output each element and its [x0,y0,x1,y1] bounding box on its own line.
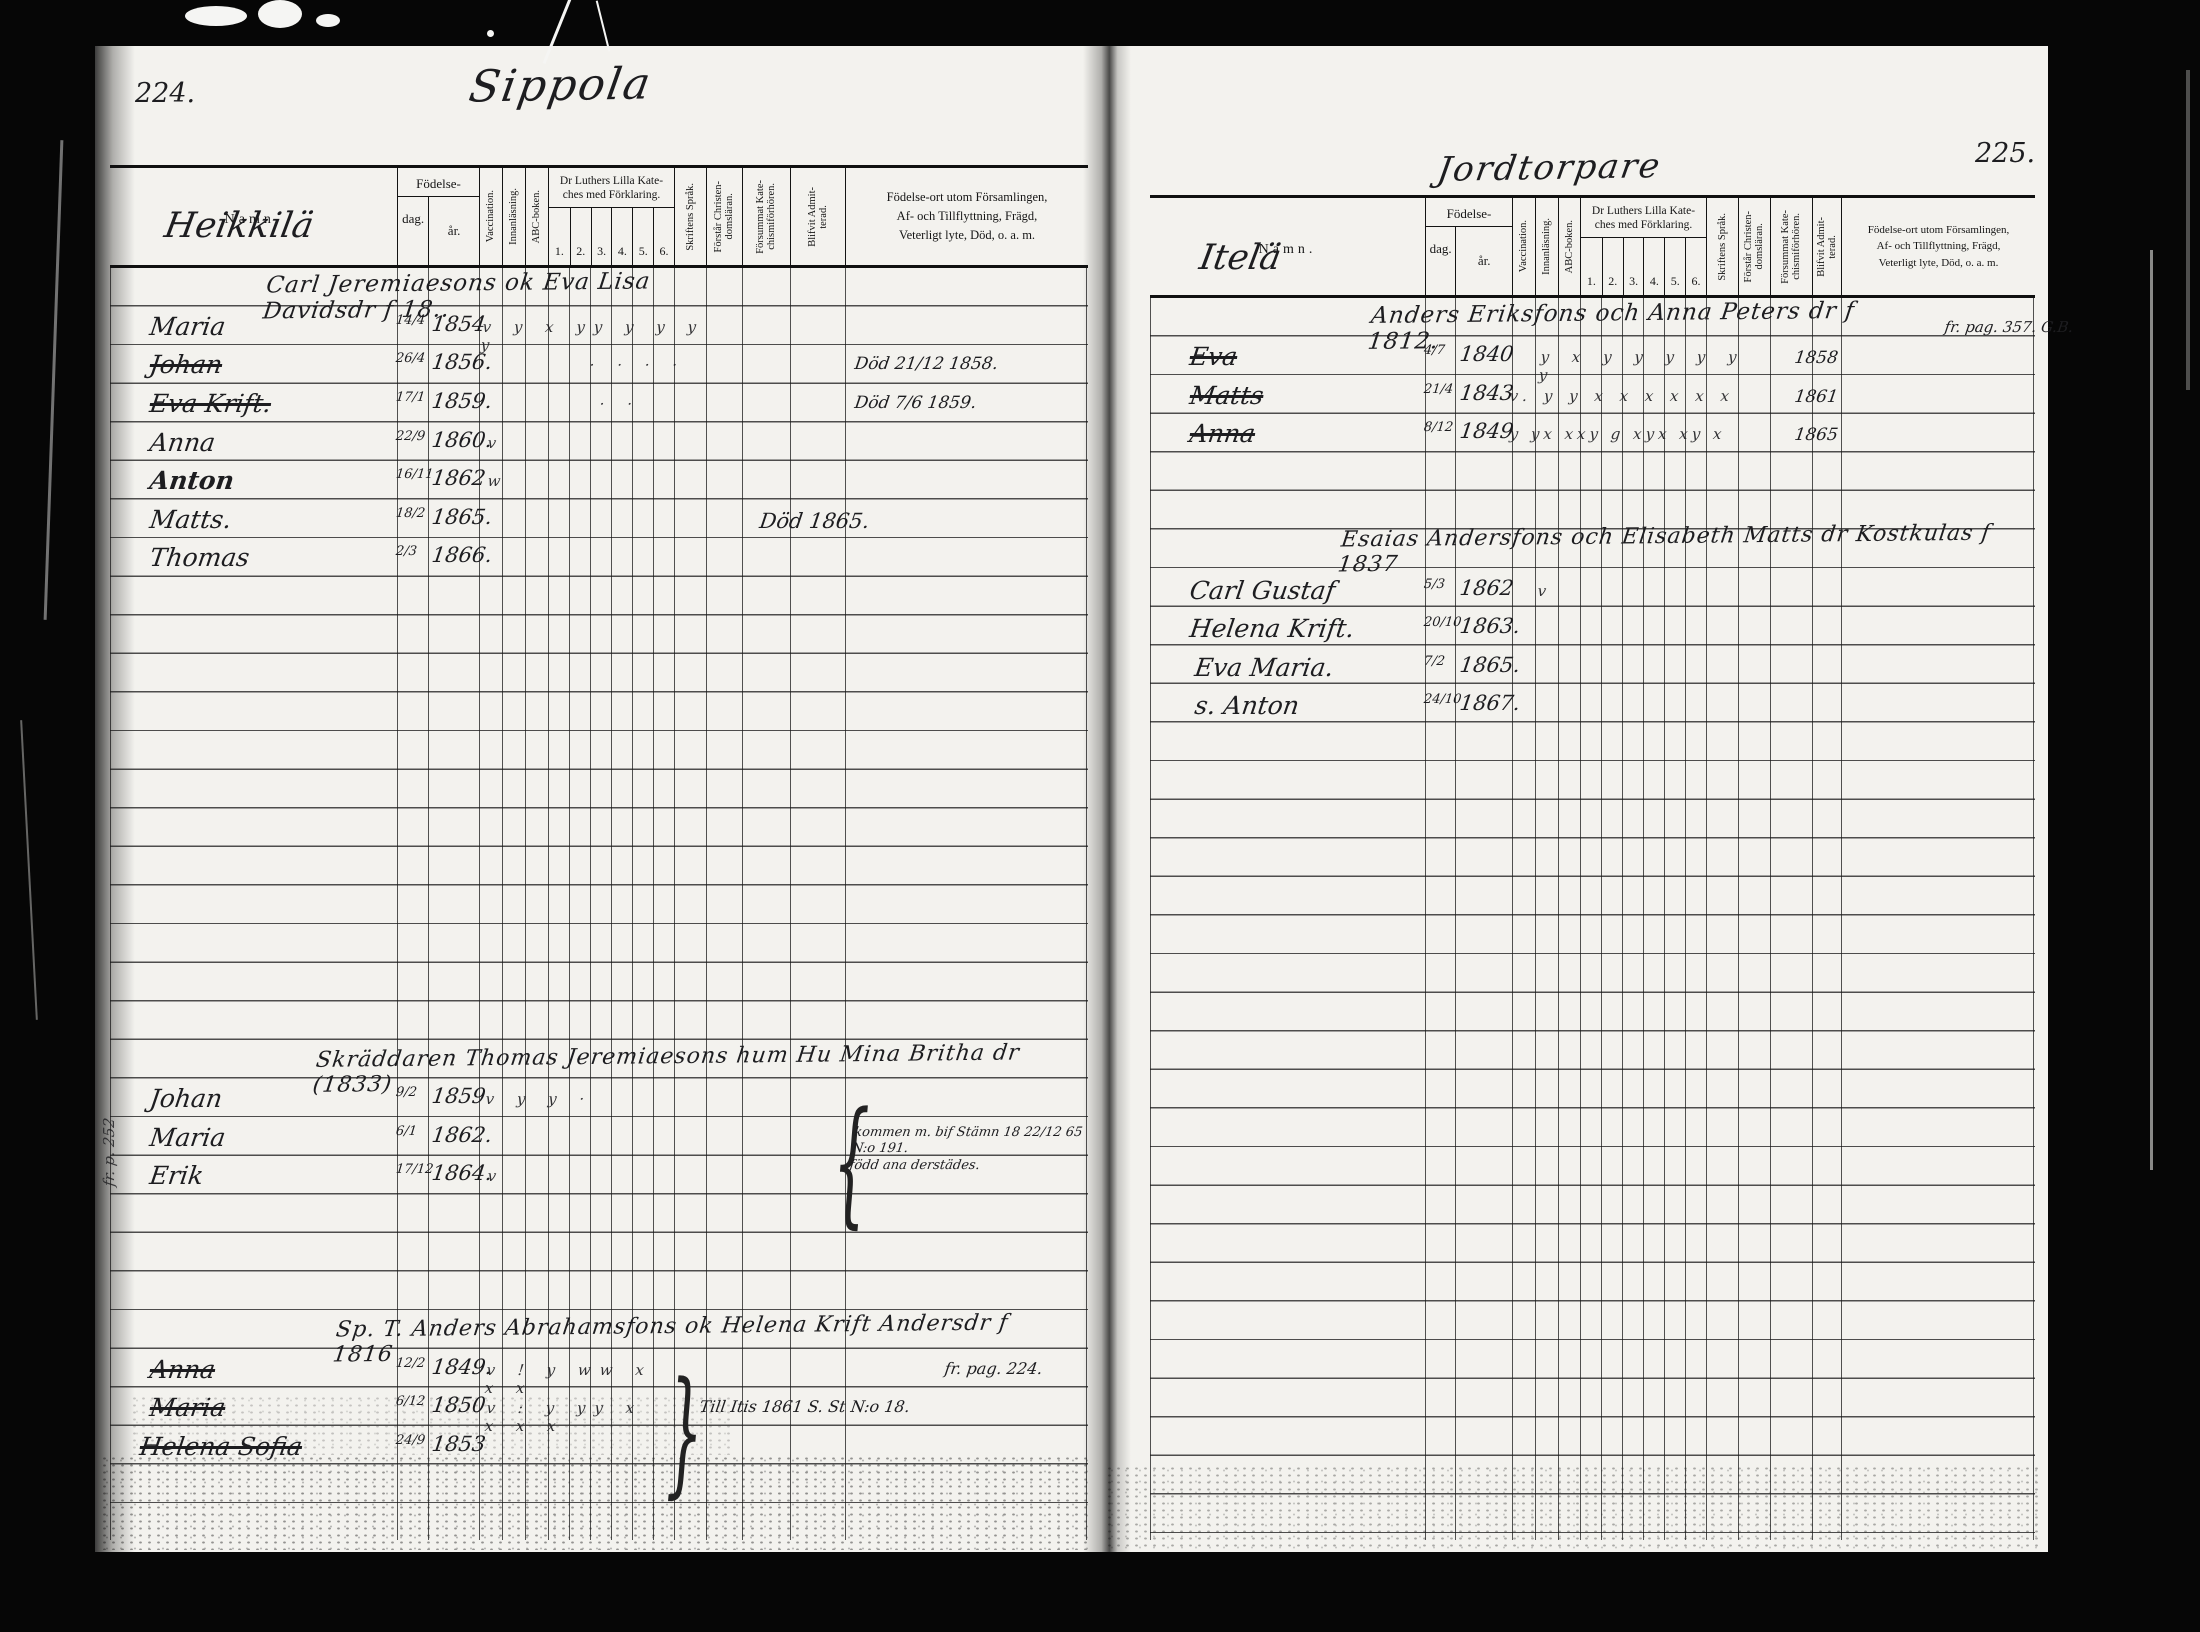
member-marks: w [487,466,590,490]
fodelse-header: Födelse- [398,168,479,197]
kate-col-4: 4. [611,208,632,265]
member-birth-day: 24/9 [395,1432,431,1448]
fodelseort-line2: Af- och Tillflyttning, Frägd, [897,207,1038,226]
member-marks: v y y · [485,1084,668,1108]
table-row: Erik 17/12 1864. v [0,1161,2200,1197]
member-marks: v ! y ww x x x [484,1355,668,1397]
member-admitted-year: 1858 [1793,342,1867,368]
member-birth-day: 8/12 [1423,419,1459,435]
fodelseort-line1: Födelse-ort utom Församlingen, [1868,222,2009,239]
kate-col-5: 5. [1664,238,1685,295]
page-number-right: 225. [1975,138,2035,169]
member-birth-day: 5/3 [1423,576,1459,592]
kate-col-1: 1. [549,244,570,265]
kateches-line2: ches med Förklaring. [549,188,674,202]
member-name: Maria [148,1393,402,1422]
member-marks: v [1537,576,1600,600]
scan-artifact [258,0,302,28]
member-note: Till Itis 1861 S. St N:o 18. [698,1393,971,1416]
member-birth-day: 20/10 [1423,614,1459,630]
member-birth-year: 1849. [430,1355,493,1379]
member-name: Anna [1188,419,1432,448]
blifvit-header: Blifvit Admit- terad. [1816,217,1838,277]
member-admitted-year: 1865 [1793,419,1867,445]
member-marks: y x y y y y y y [1538,342,1752,384]
member-birth-day: 9/2 [395,1084,431,1100]
member-birth-year: 1863. [1458,614,1521,638]
member-birth-year: 1850 [430,1393,493,1417]
kate-col-5: 5. [632,208,653,265]
innanlasning-header: Innanläsning. [508,188,519,245]
member-birth-day: 7/2 [1423,653,1459,669]
ar-header: år. [1456,253,1512,269]
table-row: Anna 12/2 1849. v ! y ww x x x fr. pag. … [0,1355,2200,1391]
kate-col-2: 2. [1602,238,1623,295]
member-birth-year: 1853 [430,1432,493,1456]
member-name: s. Anton [1193,691,1437,720]
vaccination-header: Vaccination. [1518,220,1529,272]
member-birth-year: 1864. [430,1161,493,1185]
table-row: Anna 8/12 1849 y yx xxy g xyx xy x 1865 [0,419,2200,455]
member-birth-day: 17/12 [395,1161,431,1177]
family-header: Esaias Andersfons och Elisabeth Matts dr… [1336,521,2003,578]
member-name: Thomas [148,543,402,572]
kateches-columns: 1. 2. 3. 4. 5. 6. [549,207,674,265]
kateches-header: Dr Luthers Lilla Kate- ches med Förklari… [549,168,674,203]
forsummat-header: Försummat Kate- chismiförhören. [755,180,777,254]
blifvit-header: Blifvit Admit- terad. [807,187,829,247]
kate-col-6: 6. [1685,238,1706,295]
scan-scratch [20,720,38,1020]
member-birth-day: 2/3 [395,543,431,559]
member-name: Anna [148,1355,402,1384]
member-name: Carl Gustaf [1188,576,1432,605]
member-birth-day: 18/2 [395,505,431,521]
member-birth-day: 6/12 [395,1393,431,1409]
page-title-right: Jordtorpare [1434,146,1664,190]
kate-col-6: 6. [653,208,674,265]
member-name: Maria [148,312,402,341]
member-note: Död 1865. [758,505,962,533]
member-birth-year: 1867. [1458,691,1521,715]
dag-header: dag. [398,197,429,265]
table-row: Carl Gustaf 5/3 1862 v [0,576,2200,612]
member-birth-day: 16/11 [395,466,431,482]
member-birth-year: 1865. [1458,653,1521,677]
member-name: Anton [148,466,402,495]
forsummat-header: Försummat Kate- chismiförhören. [1780,210,1802,284]
innanlasning-header: Innanläsning. [1541,218,1552,275]
table-row: Johan 9/2 1859 v y y · [0,1084,2200,1120]
kateches-line1: Dr Luthers Lilla Kate- [549,174,674,188]
table-row: Anton 16/11 1862 w [0,466,2200,502]
fodelseort-line1: Födelse-ort utom Församlingen, [887,188,1048,207]
member-birth-year: 1862 [430,466,493,490]
vaccination-header: Vaccination. [485,190,496,242]
scan-artifact [185,6,247,26]
member-birth-day: 6/1 [395,1123,431,1139]
kate-col-1: 1. [1581,274,1602,295]
abc-boken-header: ABC-boken. [1564,220,1575,273]
table-row: s. Anton 24/10 1867. [0,691,2200,727]
member-name: Helena Sofia [138,1432,422,1461]
table-row: Maria 6/1 1862. kommen m. bif Stämn 18 2… [0,1123,2200,1159]
member-name: Johan [148,1084,402,1113]
table-header-left: Namn. Heikkilä Födelse- dag. år. Vaccina… [110,165,1088,268]
member-name: Matts. [148,505,402,534]
member-name: Helena Krift. [1188,614,1432,643]
fodelse-header: Födelse- [1426,198,1512,227]
member-birth-year: 1866. [430,543,493,567]
member-birth-year: 1862. [430,1123,493,1147]
kateches-columns: 1. 2. 3. 4. 5. 6. [1581,237,1706,295]
member-birth-year: 1840 [1458,342,1521,366]
table-row: Eva Maria. 7/2 1865. [0,653,2200,689]
member-birth-day: 14/4 [395,312,431,328]
scanned-parish-register: 224. Sippola Jordtorpare 225. fr. p. 252… [0,0,2200,1632]
fodelseort-line3: Veterligt lyte, Död, o. a. m. [1879,255,1999,272]
member-name: Eva [1188,342,1432,371]
table-header-right: Namn. Itelä Födelse- dag. år. Vaccinatio… [1150,195,2035,298]
kateches-line1: Dr Luthers Lilla Kate- [1581,204,1706,218]
member-marks: v : y yy x x x x [484,1393,668,1435]
fodelseort-line3: Veterligt lyte, Död, o. a. m. [899,226,1035,245]
kate-col-4: 4. [1643,238,1664,295]
dag-header: dag. [1426,227,1456,295]
member-name: Matts [1188,381,1432,410]
table-row: Eva 4/7 1840 y x y y y y y y 1858 fr. pa… [0,342,2200,378]
kate-col-2: 2. [570,208,591,265]
fodelseort-line2: Af- och Tillflyttning, Frägd, [1877,238,2001,255]
member-birth-day: 24/10 [1423,691,1459,707]
member-marks: y yx xxy g xyx xy x [1509,419,1762,443]
farm-name-right: Itelä [1196,238,1284,278]
member-birth-year: 1865. [430,505,493,529]
member-admitted-year: 1861 [1793,381,1867,407]
scan-artifact [487,30,494,37]
skriftens-sprak-header: Skriftens Språk. [685,183,696,251]
kateches-header: Dr Luthers Lilla Kate- ches med Förklari… [1581,198,1706,233]
kate-col-3: 3. [591,208,612,265]
member-birth-day: 4/7 [1423,342,1459,358]
abc-boken-header: ABC-boken. [531,190,542,243]
member-note: fr. pag. 224. [943,1355,1086,1378]
table-row: Matts 21/4 1843 v. y y x x x x x x 1861 [0,381,2200,417]
member-marks: v. y y x x x x x x [1509,381,1762,405]
forstar-header: Förstår Christen- domsläran. [713,181,735,252]
kateches-line2: ches med Förklaring. [1581,218,1706,232]
table-row: Maria 6/12 1850 v : y yy x x x x Till It… [0,1393,2200,1429]
member-name: Maria [148,1123,402,1152]
scan-scratch [596,1,611,52]
scan-artifact [316,14,340,27]
page-title-left: Sippola [466,58,656,112]
member-note: fr. pag. 357. G.B. [1943,314,2116,336]
table-row: Helena Krift. 20/10 1863. [0,614,2200,650]
farm-name-left: Heikkilä [161,206,316,246]
member-birth-year: 1862 [1458,576,1521,600]
ar-header: år. [429,223,479,239]
member-birth-day: 21/4 [1423,381,1459,397]
member-marks: v [487,1161,590,1185]
member-birth-day: 12/2 [395,1355,431,1371]
member-name: Erik [148,1161,402,1190]
kate-col-3: 3. [1623,238,1644,295]
forstar-header: Förstår Christen- domsläran. [1743,211,1765,282]
table-row: Helena Sofia 24/9 1853 [0,1432,2200,1468]
skriftens-sprak-header: Skriftens Språk. [1717,213,1728,281]
member-name: Eva Maria. [1193,653,1437,682]
page-number-left: 224. [135,78,195,109]
center-binding-shadow [1083,46,1131,1552]
